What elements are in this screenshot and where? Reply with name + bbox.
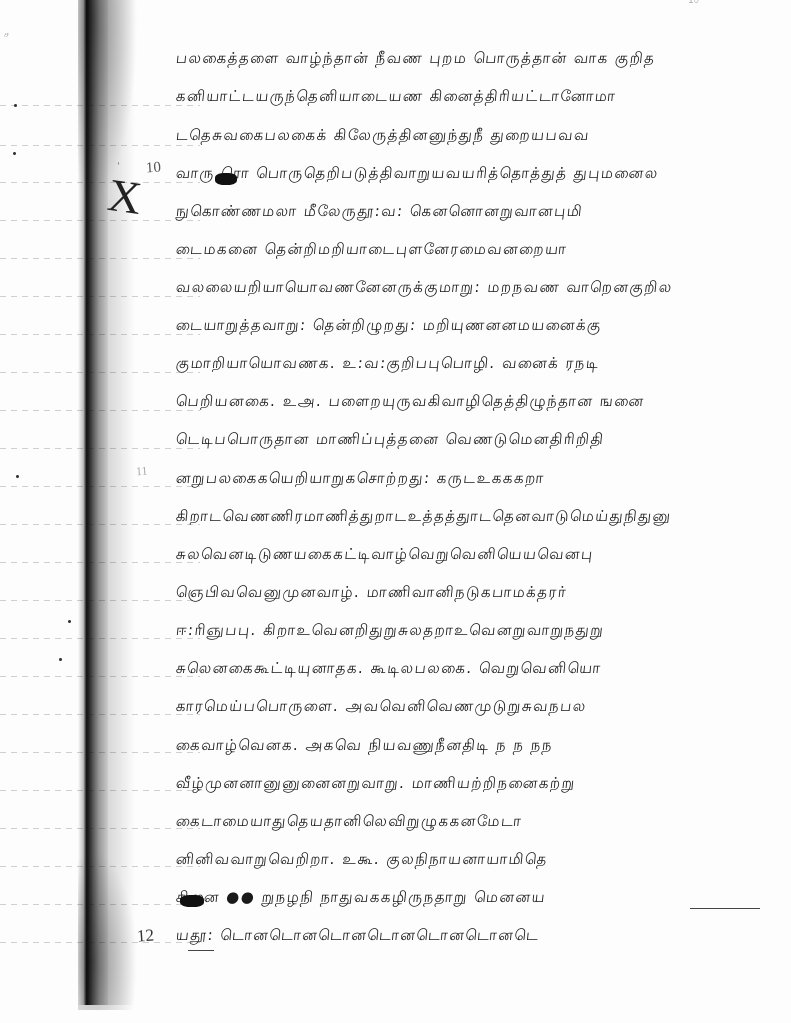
- corner-mark-top-left: ச: [4, 30, 9, 41]
- text-underline: [188, 950, 214, 951]
- manuscript-line-20: வீழ்முனனானுனுனைனறுவாறு. மாணியற்றிநனைகற்ற…: [175, 772, 777, 794]
- ink-blot: [215, 173, 237, 185]
- manuscript-line-7: வலலையறியாயொவணனேனருக்குமாறு: மறநவண வாறெனக…: [175, 276, 777, 298]
- margin-dot: [14, 104, 17, 107]
- margin-dot: [13, 152, 16, 155]
- manuscript-line-6: டைமகனை தென்றிமறியாடைபுளனேரமைவனறையா: [175, 238, 777, 260]
- manuscript-line-16: ஈ:ரிஞுபபு. கிறாஉவெனறிதுறுசுலதறாஉவெனறுவாற…: [175, 619, 777, 641]
- manuscript-line-21: கைடாமையாதுதெயதானிலெவிறுழுககனமேடா: [175, 810, 777, 832]
- manuscript-line-5: நுகொண்ணமலா மீலேருதூ:வ: கெனனொனறுவானபுமி: [175, 200, 777, 222]
- manuscript-line-23: கினை ●● றுநழநி நாதுவககழிருநதாறு மெனனய: [175, 886, 777, 908]
- manuscript-line-12: னறுபலகைகயெறியாறுகசொற்றது: கருடஉகககறா: [175, 467, 777, 489]
- manuscript-line-14: சுலவெனடிடுணயகைகட்டிவாழ்வெறுவெனியெயவெனபு: [175, 543, 777, 565]
- manuscript-line-4: வாரு ரொ பொருதெறிபடுத்திவாறுயவயரித்தொத்து…: [175, 162, 777, 184]
- margin-dot: [59, 658, 62, 661]
- binding-shadow-bottom: [78, 850, 138, 1010]
- manuscript-line-15: ஞெபிவவெனுமுனவாழ். மாணிவானிநடுகபாமக்தரர்: [175, 581, 777, 603]
- text-underline: [690, 908, 760, 909]
- margin-dot: [68, 620, 71, 623]
- manuscript-line-17: சுலெனகைகூட்டியுனாதக. கூடிலபலகை. வெறுவெனி…: [175, 657, 777, 679]
- margin-dot: [16, 475, 19, 478]
- manuscript-line-3: டதெசுவகைபலகைக் கிலேருத்தினனுந்துநீ துறைய…: [175, 124, 777, 146]
- manuscript-line-11: டெடிபபொருதான மாணிப்புத்தனை வெணடுமெனதிரிற…: [175, 428, 777, 450]
- manuscript-line-1: பலகைத்தளை வாழ்ந்தான் நீவண புறம பொருத்தான…: [175, 47, 777, 69]
- manuscript-line-9: குமாறியாயொவணக. உ:வ:குறிபபுபொழி. வனைக் ரந…: [175, 352, 777, 374]
- manuscript-line-22: னினிவவாறுவெறிறா. உகூ. குலநிநாயனாயாமிதெ: [175, 848, 777, 870]
- manuscript-line-13: கிறாடவெணணிரமாணித்துறாடஉத்தத்துாடதெனவாடும…: [175, 505, 777, 527]
- manuscript-line-18: காரமெய்பபொருளை. அவவெனிவெணமுடுறுசுவநபல: [175, 695, 777, 717]
- manuscript-page: ச 1௦ ' 10 X 11 12 பலகைத்தளை வாழ்ந்தான் ந…: [0, 0, 791, 1023]
- manuscript-line-24: யதூ: டொனடொனடொனடொனடொனடொனடெ: [175, 924, 777, 946]
- corner-mark-top-right: 1௦: [688, 0, 699, 7]
- manuscript-line-10: பெறியனகை. உஅ. பளைறயுருவகிவாழிதெத்திழுந்த…: [175, 390, 777, 412]
- margin-line-number-11: 11: [135, 464, 148, 480]
- margin-line-number-10: 10: [145, 159, 161, 177]
- manuscript-line-19: கைவாழ்வெனக. அகவெ நியவணுநீனதிடி ந ந நந: [175, 734, 777, 756]
- binding-shadow-top: [78, 0, 138, 200]
- margin-line-number-12: 12: [136, 925, 154, 946]
- x-mark: X: [105, 172, 144, 222]
- manuscript-line-2: கனியாட்டயருந்தெனியாடையண கினைத்திரியட்டான…: [175, 85, 777, 107]
- ink-blot: [180, 895, 204, 907]
- manuscript-line-8: டையாறுத்தவாறு: தென்றிழுறது: மறியுணனனமயனை…: [175, 314, 777, 336]
